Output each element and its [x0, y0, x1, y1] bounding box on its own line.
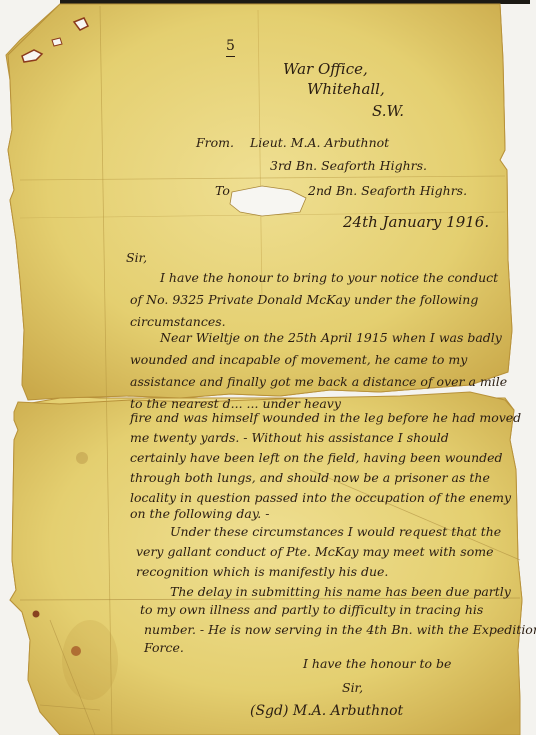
body-line-3: circumstances.	[130, 316, 226, 329]
body-line-6: assistance and finally got me back a dis…	[130, 376, 507, 389]
body-line-15: very gallant conduct of Pte. McKay may m…	[136, 546, 494, 559]
letter-date: 24th January 1916.	[343, 215, 489, 230]
from-line-2: 3rd Bn. Seaforth Highrs.	[270, 160, 427, 173]
header-street: Whitehall,	[307, 82, 385, 97]
header-district: S.W.	[372, 104, 404, 119]
signature: (Sgd) M.A. Arbuthnot	[250, 704, 403, 718]
closing-line-2: Sir,	[342, 682, 363, 695]
body-line-2: of No. 9325 Private Donald McKay under t…	[130, 294, 478, 307]
body-line-16: recognition which is manifestly his due.	[136, 566, 388, 579]
from-line-1: Lieut. M.A. Arbuthnot	[250, 137, 389, 150]
body-line-13: on the following day. -	[130, 508, 269, 521]
body-line-10: certainly have been left on the field, h…	[130, 452, 503, 465]
body-line-5: wounded and incapable of movement, he ca…	[130, 354, 467, 367]
page-number: 5	[226, 38, 235, 54]
from-label: From.	[196, 137, 234, 150]
body-line-11: through both lungs, and should now be a …	[130, 472, 490, 485]
body-line-19: number. - He is now serving in the 4th B…	[144, 624, 536, 637]
body-line-17: The delay in submitting his name has bee…	[170, 586, 511, 599]
to-label: To	[215, 185, 230, 198]
salutation: Sir,	[126, 252, 147, 265]
body-line-20: Force.	[144, 642, 184, 655]
body-line-8: fire and was himself wounded in the leg …	[130, 412, 521, 425]
to-line: 2nd Bn. Seaforth Highrs.	[308, 185, 467, 198]
body-line-14: Under these circumstances I would reques…	[170, 526, 501, 539]
body-line-18: to my own illness and partly to difficul…	[140, 604, 483, 617]
body-line-12: locality in question passed into the occ…	[130, 492, 511, 505]
header-office: War Office,	[283, 62, 368, 77]
body-line-1: I have the honour to bring to your notic…	[160, 272, 498, 285]
body-line-9: me twenty yards. - Without his assistanc…	[130, 432, 449, 445]
body-line-7: to the nearest d... ... under heavy	[130, 398, 341, 411]
body-line-4: Near Wieltje on the 25th April 1915 when…	[160, 332, 502, 345]
closing-line-1: I have the honour to be	[303, 658, 451, 671]
